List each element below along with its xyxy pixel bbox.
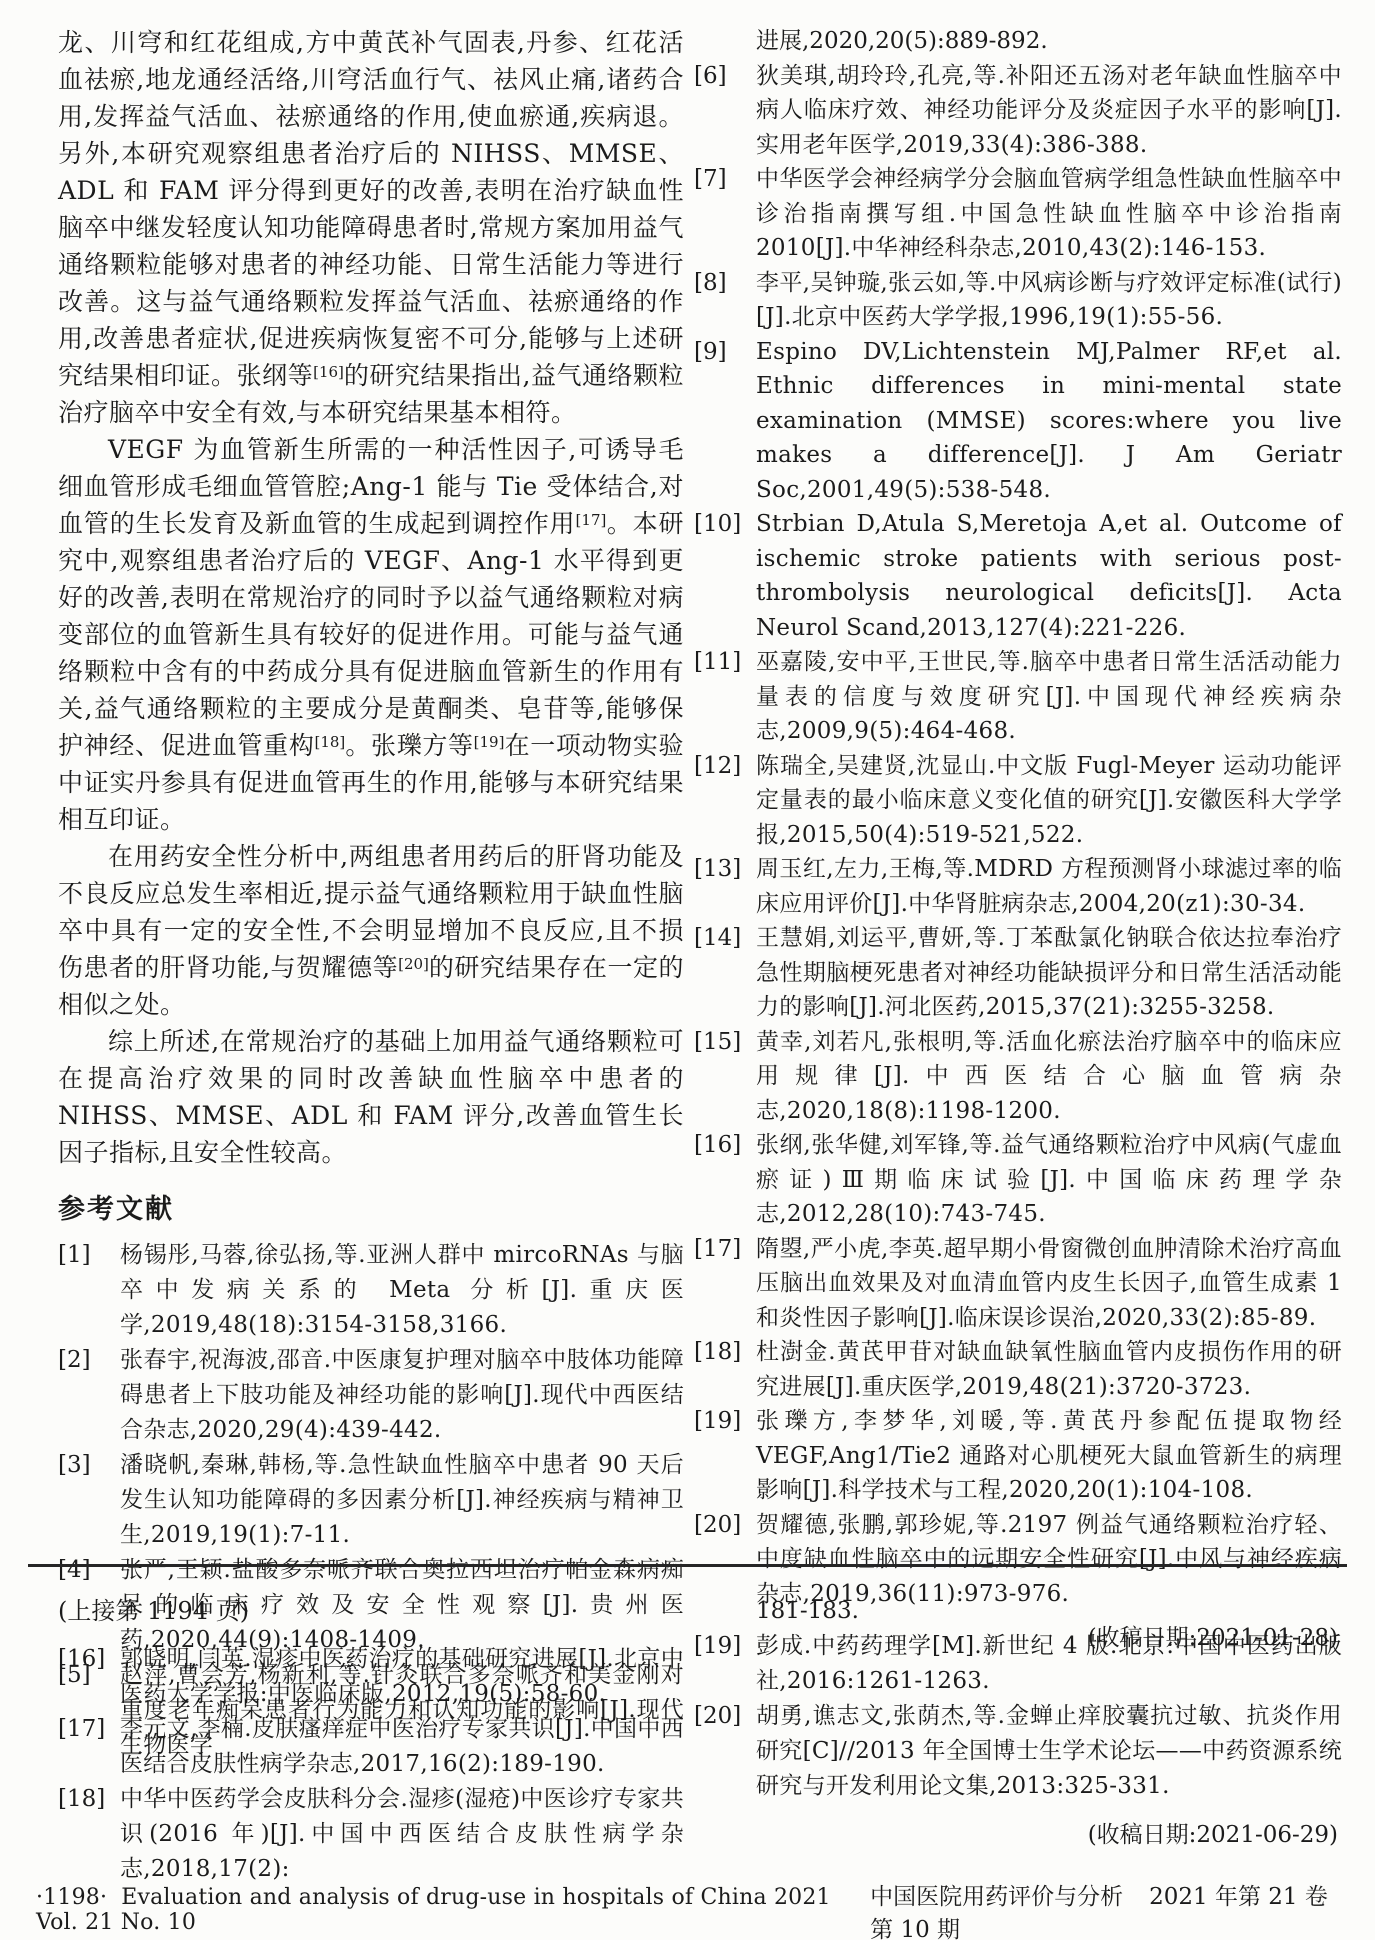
reference-text: 李平,吴钟璇,张云如,等.中风病诊断与疗效评定标准(试行)[J].北京中医药大学… [756,266,1342,335]
body-paragraph: 在用药安全性分析中,两组患者用药后的肝肾功能及不良反应总发生率相近,提示益气通络… [58,838,684,1023]
reference-text: 杜澍金.黄芪甲苷对缺血缺氧性脑血管内皮损伤作用的研究进展[J].重庆医学,201… [756,1335,1342,1404]
reference-item: [17]李元文,李楠.皮肤瘙痒症中医治疗专家共识[J].中国中西医结合皮肤性病学… [58,1712,684,1782]
reference-number: [19] [694,1404,756,1439]
reference-item: [19]张瓅方,李梦华,刘暖,等.黄芪丹参配伍提取物经 VEGF,Ang1/Ti… [694,1404,1342,1508]
reference-item: [6]狄美琪,胡玲玲,孔亮,等.补阳还五汤对老年缺血性脑卒中病人临床疗效、神经功… [694,59,1342,163]
reference-text: 黄幸,刘若凡,张根明,等.活血化瘀法治疗脑卒中的临床应用规律[J].中西医结合心… [756,1025,1342,1129]
reference-number: [16] [694,1128,756,1163]
citation-superscript: [17] [576,511,607,529]
reference-number: [18] [58,1782,120,1817]
continuation-left-column: (上接第 1194 页) [16]郭晓明,闫英.湿疹中医药治疗的基础研究进展[J… [58,1594,684,1887]
reference-item: [11]巫嘉陵,安中平,王世民,等.脑卒中患者日常生活活动能力量表的信度与效度研… [694,645,1342,749]
reference-text: 狄美琪,胡玲玲,孔亮,等.补阳还五汤对老年缺血性脑卒中病人临床疗效、神经功能评分… [756,59,1342,163]
section-divider [28,1564,1347,1567]
reference-text: 中华中医药学会皮肤科分会.湿疹(湿疮)中医诊疗专家共识(2016 年)[J].中… [120,1782,684,1887]
reference-text: 巫嘉陵,安中平,王世民,等.脑卒中患者日常生活活动能力量表的信度与效度研究[J]… [756,645,1342,749]
footer-left: ·1198·Evaluation and analysis of drug-us… [36,1885,870,1935]
reference-item: [13]周玉红,左力,王梅,等.MDRD 方程预测肾小球滤过率的临床应用评价[J… [694,852,1342,921]
reference-number: [15] [694,1025,756,1060]
reference-text: 彭成.中药药理学[M].新世纪 4 版.北京:中国中医药出版社,2016:126… [756,1629,1342,1699]
reference-text: 郭晓明,闫英.湿疹中医药治疗的基础研究进展[J].北京中医药大学学报:中医临床版… [120,1642,684,1712]
body-paragraph: 龙、川穹和红花组成,方中黄芪补气固表,丹参、红花活血祛瘀,地龙通经活络,川穹活血… [58,24,684,431]
continuation-references-left: [16]郭晓明,闫英.湿疹中医药治疗的基础研究进展[J].北京中医药大学学报:中… [58,1642,684,1887]
reference-carryover: 进展,2020,20(5):889-892. [756,24,1342,59]
body-paragraphs: 龙、川穹和红花组成,方中黄芪补气固表,丹参、红花活血祛瘀,地龙通经活络,川穹活血… [58,24,684,1171]
reference-item: [8]李平,吴钟璇,张云如,等.中风病诊断与疗效评定标准(试行)[J].北京中医… [694,266,1342,335]
citation-superscript: [19] [474,733,505,751]
references-list-right: [6]狄美琪,胡玲玲,孔亮,等.补阳还五汤对老年缺血性脑卒中病人临床疗效、神经功… [694,59,1342,1612]
reference-text: 张纲,张华健,刘军锋,等.益气通络颗粒治疗中风病(气虚血瘀证)Ⅲ期临床试验[J]… [756,1128,1342,1232]
reference-text: 陈瑞全,吴建贤,沈显山.中文版 Fugl-Meyer 运动功能评定量表的最小临床… [756,749,1342,853]
reference-text: 潘晓帆,秦琳,韩杨,等.急性缺血性脑卒中患者 90 天后发生认知功能障碍的多因素… [120,1448,684,1553]
continuation-right-column: 181-183. [19]彭成.中药药理学[M].新世纪 4 版.北京:中国中医… [694,1594,1342,1852]
reference-number: [17] [694,1232,756,1267]
reference-text: Espino DV,Lichtenstein MJ,Palmer RF,et a… [756,335,1342,508]
body-paragraph: VEGF 为血管新生所需的一种活性因子,可诱导毛细血管形成毛细血管管腔;Ang-… [58,431,684,838]
reference-number: [7] [694,162,756,197]
reference-item: [19]彭成.中药药理学[M].新世纪 4 版.北京:中国中医药出版社,2016… [694,1629,1342,1699]
footer-page-number: ·1198· [36,1885,107,1910]
reference-item: [3]潘晓帆,秦琳,韩杨,等.急性缺血性脑卒中患者 90 天后发生认知功能障碍的… [58,1448,684,1553]
reference-number: [3] [58,1448,120,1483]
reference-number: [12] [694,749,756,784]
reference-number: [16] [58,1642,120,1677]
continuation-received-date: (收稿日期:2021-06-29) [694,1818,1342,1852]
reference-number: [4] [58,1553,120,1588]
footer-journal-cn: 中国医院用药评价与分析 [870,1884,1123,1910]
reference-item: [18]杜澍金.黄芪甲苷对缺血缺氧性脑血管内皮损伤作用的研究进展[J].重庆医学… [694,1335,1342,1404]
reference-number: [10] [694,507,756,542]
reference-number: [20] [694,1508,756,1543]
reference-text: 杨锡彤,马蓉,徐弘扬,等.亚洲人群中 mircoRNAs 与脑卒中发病关系的 M… [120,1238,684,1343]
reference-item: [12]陈瑞全,吴建贤,沈显山.中文版 Fugl-Meyer 运动功能评定量表的… [694,749,1342,853]
reference-text: 隋曌,严小虎,李英.超早期小骨窗微创血肿清除术治疗高血压脑出血效果及对血清血管内… [756,1232,1342,1336]
reference-number: [8] [694,266,756,301]
references-heading: 参考文献 [58,1187,684,1226]
reference-text: 周玉红,左力,王梅,等.MDRD 方程预测肾小球滤过率的临床应用评价[J].中华… [756,852,1342,921]
reference-item: [18]中华中医药学会皮肤科分会.湿疹(湿疮)中医诊疗专家共识(2016 年)[… [58,1782,684,1887]
right-column: 进展,2020,20(5):889-892. [6]狄美琪,胡玲玲,孔亮,等.补… [694,24,1342,1655]
reference-item: [9]Espino DV,Lichtenstein MJ,Palmer RF,e… [694,335,1342,508]
reference-text: 王慧娟,刘运平,曹妍,等.丁苯酞氯化钠联合依达拉奉治疗急性期脑梗死患者对神经功能… [756,921,1342,1025]
reference-item: [10]Strbian D,Atula S,Meretoja A,et al. … [694,507,1342,645]
reference-item: [2]张春宇,祝海波,邵音.中医康复护理对脑卒中肢体功能障碍患者上下肢功能及神经… [58,1343,684,1448]
left-column: 龙、川穹和红花组成,方中黄芪补气固表,丹参、红花活血祛瘀,地龙通经活络,川穹活血… [58,24,684,1763]
reference-item: [1]杨锡彤,马蓉,徐弘扬,等.亚洲人群中 mircoRNAs 与脑卒中发病关系… [58,1238,684,1343]
reference-number: [13] [694,852,756,887]
citation-superscript: [20] [398,955,429,973]
reference-item: [15]黄幸,刘若凡,张根明,等.活血化瘀法治疗脑卒中的临床应用规律[J].中西… [694,1025,1342,1129]
continuation-carryover: 181-183. [756,1594,1342,1629]
reference-text: 张瓅方,李梦华,刘暖,等.黄芪丹参配伍提取物经 VEGF,Ang1/Tie2 通… [756,1404,1342,1508]
footer-right: 中国医院用药评价与分析2021 年第 21 卷第 10 期 [870,1878,1345,1940]
reference-text: Strbian D,Atula S,Meretoja A,et al. Outc… [756,507,1342,645]
continuation-references-right: [19]彭成.中药药理学[M].新世纪 4 版.北京:中国中医药出版社,2016… [694,1629,1342,1804]
continuation-header: (上接第 1194 页) [58,1594,684,1628]
reference-number: [1] [58,1238,120,1273]
reference-text: 张春宇,祝海波,邵音.中医康复护理对脑卒中肢体功能障碍患者上下肢功能及神经功能的… [120,1343,684,1448]
reference-number: [2] [58,1343,120,1378]
citation-superscript: [16] [313,363,344,381]
reference-item: [16]张纲,张华健,刘军锋,等.益气通络颗粒治疗中风病(气虚血瘀证)Ⅲ期临床试… [694,1128,1342,1232]
body-paragraph: 综上所述,在常规治疗的基础上加用益气通络颗粒可在提高治疗效果的同时改善缺血性脑卒… [58,1023,684,1171]
reference-number: [14] [694,921,756,956]
page-footer: ·1198·Evaluation and analysis of drug-us… [36,1878,1345,1940]
reference-item: [20]胡勇,谯志文,张荫杰,等.金蝉止痒胶囊抗过敏、抗炎作用研究[C]//20… [694,1699,1342,1804]
reference-number: [9] [694,335,756,370]
reference-number: [19] [694,1629,756,1664]
reference-number: [20] [694,1699,756,1734]
reference-text: 中华医学会神经病学分会脑血管病学组急性缺血性脑卒中诊治指南撰写组.中国急性缺血性… [756,162,1342,266]
reference-item: [7]中华医学会神经病学分会脑血管病学组急性缺血性脑卒中诊治指南撰写组.中国急性… [694,162,1342,266]
journal-page: 龙、川穹和红花组成,方中黄芪补气固表,丹参、红花活血祛瘀,地龙通经活络,川穹活血… [0,0,1375,1940]
reference-number: [6] [694,59,756,94]
reference-text: 胡勇,谯志文,张荫杰,等.金蝉止痒胶囊抗过敏、抗炎作用研究[C]//2013 年… [756,1699,1342,1804]
reference-number: [18] [694,1335,756,1370]
footer-journal-en: Evaluation and analysis of drug-use in h… [36,1885,831,1935]
reference-item: [17]隋曌,严小虎,李英.超早期小骨窗微创血肿清除术治疗高血压脑出血效果及对血… [694,1232,1342,1336]
reference-item: [14]王慧娟,刘运平,曹妍,等.丁苯酞氯化钠联合依达拉奉治疗急性期脑梗死患者对… [694,921,1342,1025]
reference-number: [17] [58,1712,120,1747]
reference-text: 李元文,李楠.皮肤瘙痒症中医治疗专家共识[J].中国中西医结合皮肤性病学杂志,2… [120,1712,684,1782]
reference-item: [16]郭晓明,闫英.湿疹中医药治疗的基础研究进展[J].北京中医药大学学报:中… [58,1642,684,1712]
reference-number: [11] [694,645,756,680]
citation-superscript: [18] [314,733,345,751]
